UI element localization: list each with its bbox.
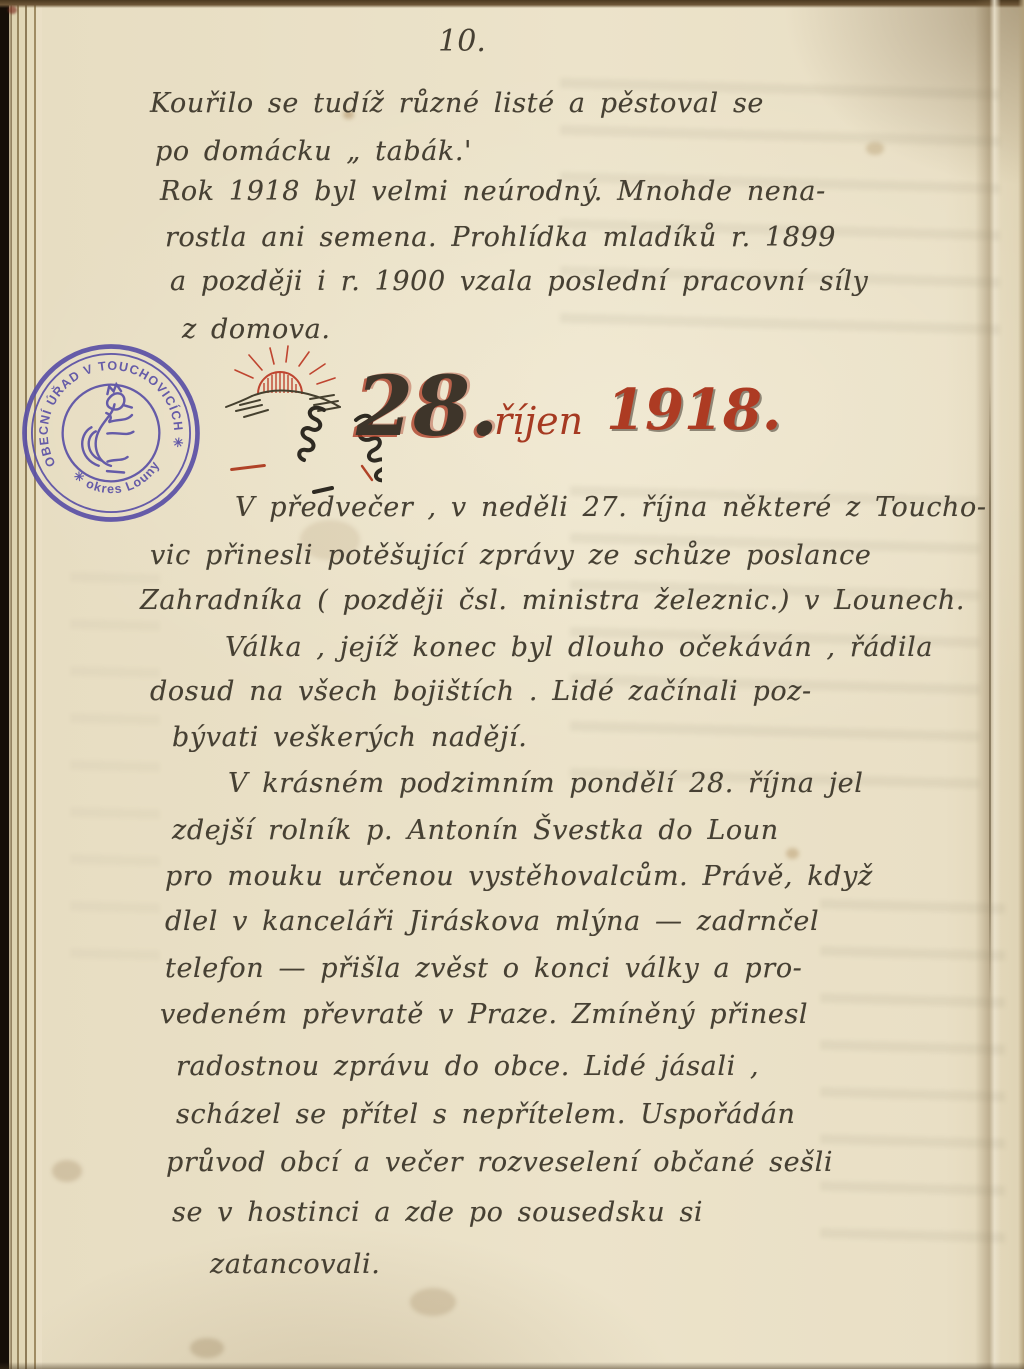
handwritten-line: zatancovali.: [210, 1249, 380, 1280]
handwritten-line: Válka , jejíž konec byl dlouho očekáván …: [225, 632, 933, 663]
handwritten-line: rostla ani semena. Prohlídka mladíků r. …: [165, 222, 836, 253]
book-edge-right: [1018, 0, 1024, 1369]
book-page-edges-left: [0, 0, 42, 1369]
handwritten-line: dosud na všech bojištích . Lidé začínali…: [150, 676, 812, 707]
corner-ink-spot: [8, 6, 17, 14]
bleed-through-text: [820, 880, 1005, 1260]
handwritten-line: vedeném převratě v Praze. Zmíněný přines…: [160, 999, 808, 1030]
heading-day: 28.: [356, 366, 499, 448]
handwritten-line: průvod obcí a večer rozveselení občané s…: [166, 1147, 833, 1178]
handwritten-line: se v hostinci a zde po sousedsku si: [172, 1197, 703, 1228]
chronicle-scan: 10. OBECNÍ ÚŘAD V TOUCHOVICÍCH ✳ ✳ okres…: [0, 0, 1024, 1369]
handwritten-line: V krásném podzimním pondělí 28. října je…: [228, 768, 863, 799]
book-edge-top: [0, 0, 1024, 8]
handwritten-line: V předvečer , v neděli 27. října některé…: [235, 492, 987, 523]
paper-stain: [786, 848, 799, 859]
handwritten-line: telefon — přišla zvěst o konci války a p…: [165, 953, 802, 984]
handwritten-line: radostnou zprávu do obce. Lidé jásali ,: [176, 1051, 759, 1082]
handwritten-line: scházel se přítel s nepřítelem. Uspořádá…: [176, 1099, 796, 1130]
heading-month: říjen: [494, 402, 583, 440]
heading-year: 1918.: [606, 382, 781, 438]
handwritten-line: Kouřilo se tudíž různé listé a pěstoval …: [150, 88, 764, 119]
handwritten-line: vic přinesli potěšující zprávy ze schůze…: [150, 540, 871, 571]
handwritten-line: zdejší rolník p. Antonín Švestka do Loun: [172, 815, 779, 846]
handwritten-line: bývati veškerých nadějí.: [172, 722, 527, 753]
stamp-lower-label: ✳ okres Louny: [69, 457, 166, 503]
handwritten-line: Zahradníka ( později čsl. ministra želez…: [140, 585, 965, 616]
paper-stain: [410, 1288, 456, 1316]
paper-stain: [52, 1160, 82, 1182]
handwritten-line: po domácku „ tabák.': [155, 136, 472, 167]
paper-stain: [190, 1338, 224, 1358]
book-edge-bottom: [0, 1362, 1024, 1369]
lion-emblem-icon: [74, 383, 140, 478]
bleed-through-text: [70, 560, 160, 980]
municipal-stamp: OBECNÍ ÚŘAD V TOUCHOVICÍCH ✳ ✳ okres Lou…: [6, 328, 216, 538]
handwritten-line: pro mouku určenou vystěhovalcům. Právě, …: [165, 861, 873, 892]
handwritten-line: dlel v kanceláři Jiráskova mlýna — zadrn…: [165, 906, 819, 937]
page-number: 10.: [412, 24, 512, 59]
handwritten-line: z domova.: [182, 314, 331, 345]
handwritten-line: a později i r. 1900 vzala poslední praco…: [170, 266, 868, 297]
handwritten-line: Rok 1918 byl velmi neúrodný. Mnohde nena…: [160, 176, 826, 207]
